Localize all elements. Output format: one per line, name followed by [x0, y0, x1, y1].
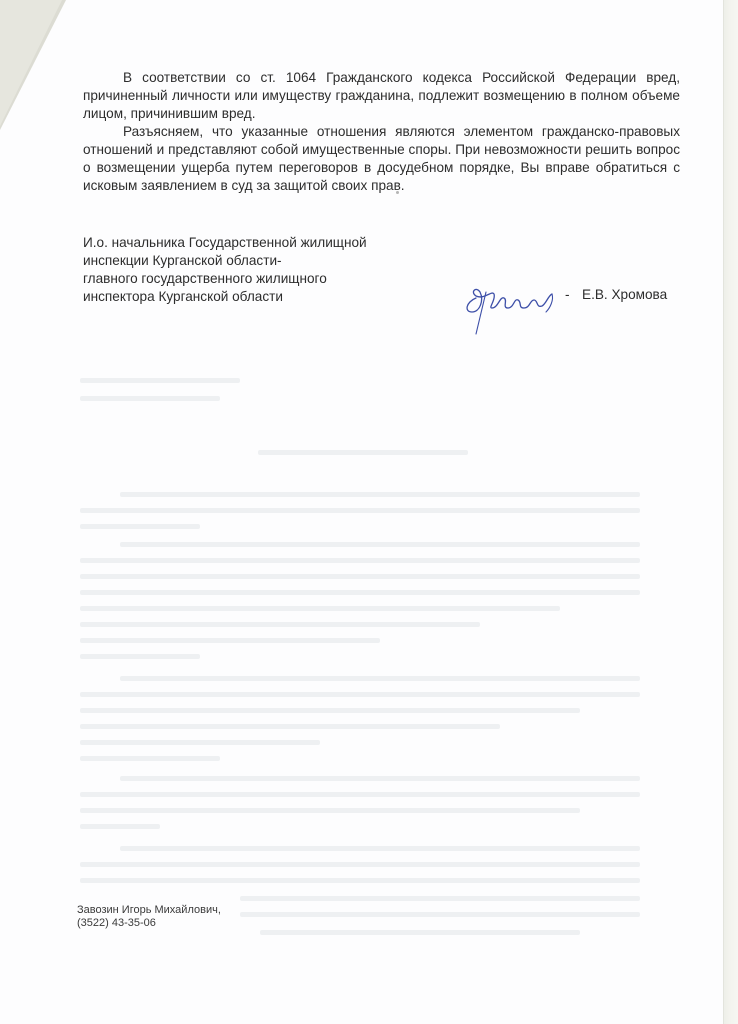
folded-corner-shade	[0, 0, 62, 126]
handwritten-signature	[462, 278, 572, 338]
signer-name: Е.В. Хромова	[582, 287, 667, 302]
paragraph-explanation: Разъясняем, что указанные отношения явля…	[83, 123, 680, 195]
signature-dash: -	[565, 287, 570, 302]
signatory-position: И.о. начальника Государственной жилищной…	[83, 234, 367, 306]
position-line-4: инспектора Курганской области	[83, 288, 367, 306]
letter-body: В соответствии со ст. 1064 Гражданского …	[83, 69, 680, 195]
scanner-edge	[723, 0, 738, 1024]
executor-name: Завозин Игорь Михайлович,	[77, 904, 221, 917]
position-line-3: главного государственного жилищного	[83, 270, 367, 288]
scanned-page: В соответствии со ст. 1064 Гражданского …	[0, 0, 724, 1024]
scan-speck	[396, 191, 399, 194]
executor-phone: (3522) 43-35-06	[77, 917, 221, 930]
paragraph-civil-code: В соответствии со ст. 1064 Гражданского …	[83, 69, 680, 123]
position-line-2: инспекции Курганской области-	[83, 252, 367, 270]
executor-contact: Завозин Игорь Михайлович, (3522) 43-35-0…	[77, 904, 221, 930]
position-line-1: И.о. начальника Государственной жилищной	[83, 234, 367, 252]
